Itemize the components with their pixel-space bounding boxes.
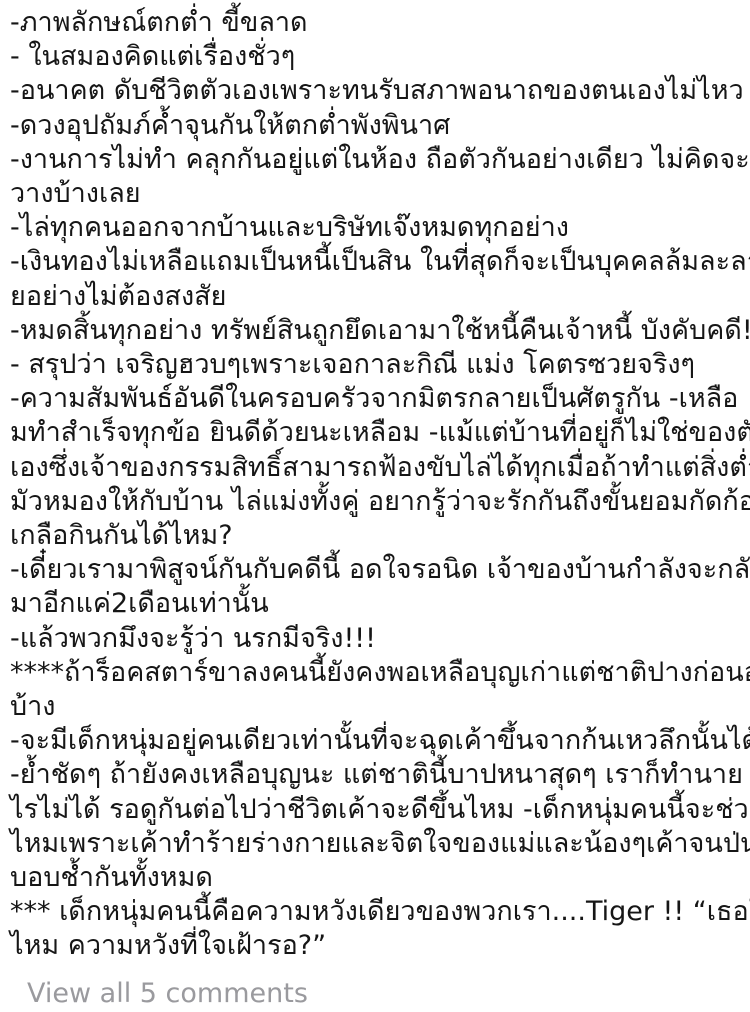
comments-row: View all 5 comments — [10, 978, 744, 1010]
post-text-line: เองซึ่งเจ้าของกรรมสิทธิ์สามารถฟ้องขับไล่… — [10, 451, 744, 485]
post-text-line: เกลือกินกันได้ไหม? — [10, 519, 744, 553]
post-text-line: -จะมีเด็กหนุ่มอยู่คนเดียวเท่านั้นที่จะฉุ… — [10, 724, 744, 758]
post-text-line: -แล้วพวกมึงจะรู้ว่า นรกมีจริง!!! — [10, 622, 744, 656]
post-text-line: *** เด็กหนุ่มคนนี้คือความหวังเดียวของพวก… — [10, 895, 744, 929]
post-text-line: วางบ้างเลย — [10, 177, 744, 211]
post-text-line: -เดี๋ยวเรามาพิสูจน์กันกับคดีนี้ อดใจรอนิ… — [10, 553, 744, 587]
post-text-line: บ้าง — [10, 690, 744, 724]
post-text-line: -ย้ำชัดๆ ถ้ายังคงเหลือบุญนะ แต่ชาตินี้บา… — [10, 758, 744, 792]
post-text-line: มาอีกแค่2เดือนเท่านั้น — [10, 587, 744, 621]
post-text-line: - ในสมองคิดแต่เรื่องชั่วๆ — [10, 40, 744, 74]
post-text-line: ยอย่างไม่ต้องสงสัย — [10, 280, 744, 314]
post-text-line: ****ถ้าร็อคสตาร์ขาลงคนนี้ยังคงพอเหลือบุญ… — [10, 656, 744, 690]
post-text-line: ไหม ความหวังที่ใจเฝ้ารอ?” — [10, 929, 744, 963]
post-text-line: - สรุปว่า เจริญฮวบๆเพราะเจอกาละกิณี แม่ง… — [10, 348, 744, 382]
post-text-line: -ดวงอุปถัมภ์ค้ำจุนกันให้ตกต่ำพังพินาศ — [10, 109, 744, 143]
post-text-line: มัวหมองให้กับบ้าน ไล่แม่งทั้งคู่ อยากรู้… — [10, 485, 744, 519]
post-body: -ภาพลักษณ์ตกต่ำ ขี้ขลาด - ในสมองคิดแต่เร… — [0, 0, 750, 1010]
post-text-line: -หมดสิ้นทุกอย่าง ทรัพย์สินถูกยึดเอามาใช้… — [10, 314, 744, 348]
post-text-line: -ไล่ทุกคนออกจากบ้านและบริษัทเจ๊งหมดทุกอย… — [10, 211, 744, 245]
view-all-comments-link[interactable]: View all 5 comments — [27, 978, 308, 1010]
post-text-line: ไหมเพราะเค้าทำร้ายร่างกายและจิตใจของแม่แ… — [10, 827, 744, 861]
post-text-line: -ภาพลักษณ์ตกต่ำ ขี้ขลาด — [10, 6, 744, 40]
post-text-line: -งานการไม่ทำ คลุกกันอยู่แต่ในห้อง ถือตัว… — [10, 143, 744, 177]
post-text-line: -อนาคต ดับชีวิตตัวเองเพราะทนรับสภาพอนาถข… — [10, 74, 744, 108]
post-text-line: บอบช้ำกันทั้งหมด — [10, 861, 744, 895]
post-text-line: -เงินทองไม่เหลือแถมเป็นหนี้เป็นสิน ในที่… — [10, 245, 744, 279]
post-text-line: ไรไม่ได้ รอดูกันต่อไปว่าชีวิตเค้าจะดีขึ้… — [10, 793, 744, 827]
post-text-line: -ความสัมพันธ์อันดีในครอบครัวจากมิตรกลายเ… — [10, 382, 744, 416]
post-text-line: มทำสำเร็จทุกข้อ ยินดีด้วยนะเหลือม -แม้แต… — [10, 416, 744, 450]
